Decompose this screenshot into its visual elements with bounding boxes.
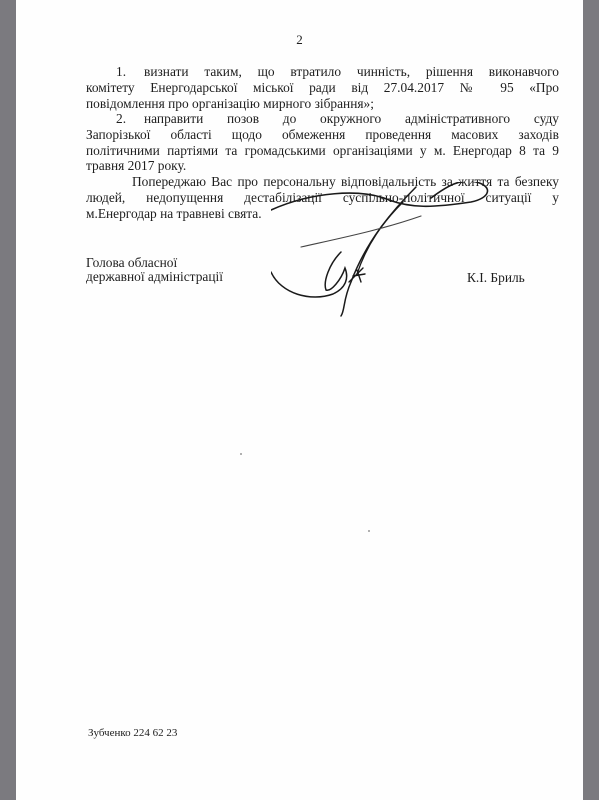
list-item-1: 1.визнати таким, що втратило чинність, р… [86,64,559,111]
handwritten-signature [271,182,501,322]
page-number: 2 [16,32,583,48]
document-page: 2 1.визнати таким, що втратило чинність,… [16,0,583,800]
list-item-number: 2. [116,111,144,127]
signer-name: К.І. Бриль [467,270,525,286]
list-item-line: травня 2017 року. [86,158,559,174]
position-line: державної адміністрації [86,270,223,284]
list-item-line: 1.визнати таким, що втратило чинність, р… [86,64,559,80]
scan-speck [368,530,370,532]
list-item-number: 1. [116,64,144,80]
list-item-line: Запорізької області щодо обмеження прове… [86,127,559,143]
scan-speck [240,453,242,455]
signer-position: Голова обласної державної адміністрації [86,256,223,284]
list-item-line: політичними партіями та громадськими орг… [86,143,559,159]
viewer-frame-right [583,0,599,800]
executor-note: Зубченко 224 62 23 [88,727,177,739]
list-item-2: 2.направити позов до окружного адміністр… [86,111,559,174]
viewer-frame-left [0,0,16,800]
list-item-line: повідомлення про організацію мирного зіб… [86,96,559,112]
position-line: Голова обласної [86,256,223,270]
list-item-line: 2.направити позов до окружного адміністр… [86,111,559,127]
list-item-line: комітету Енергодарської міської ради від… [86,80,559,96]
